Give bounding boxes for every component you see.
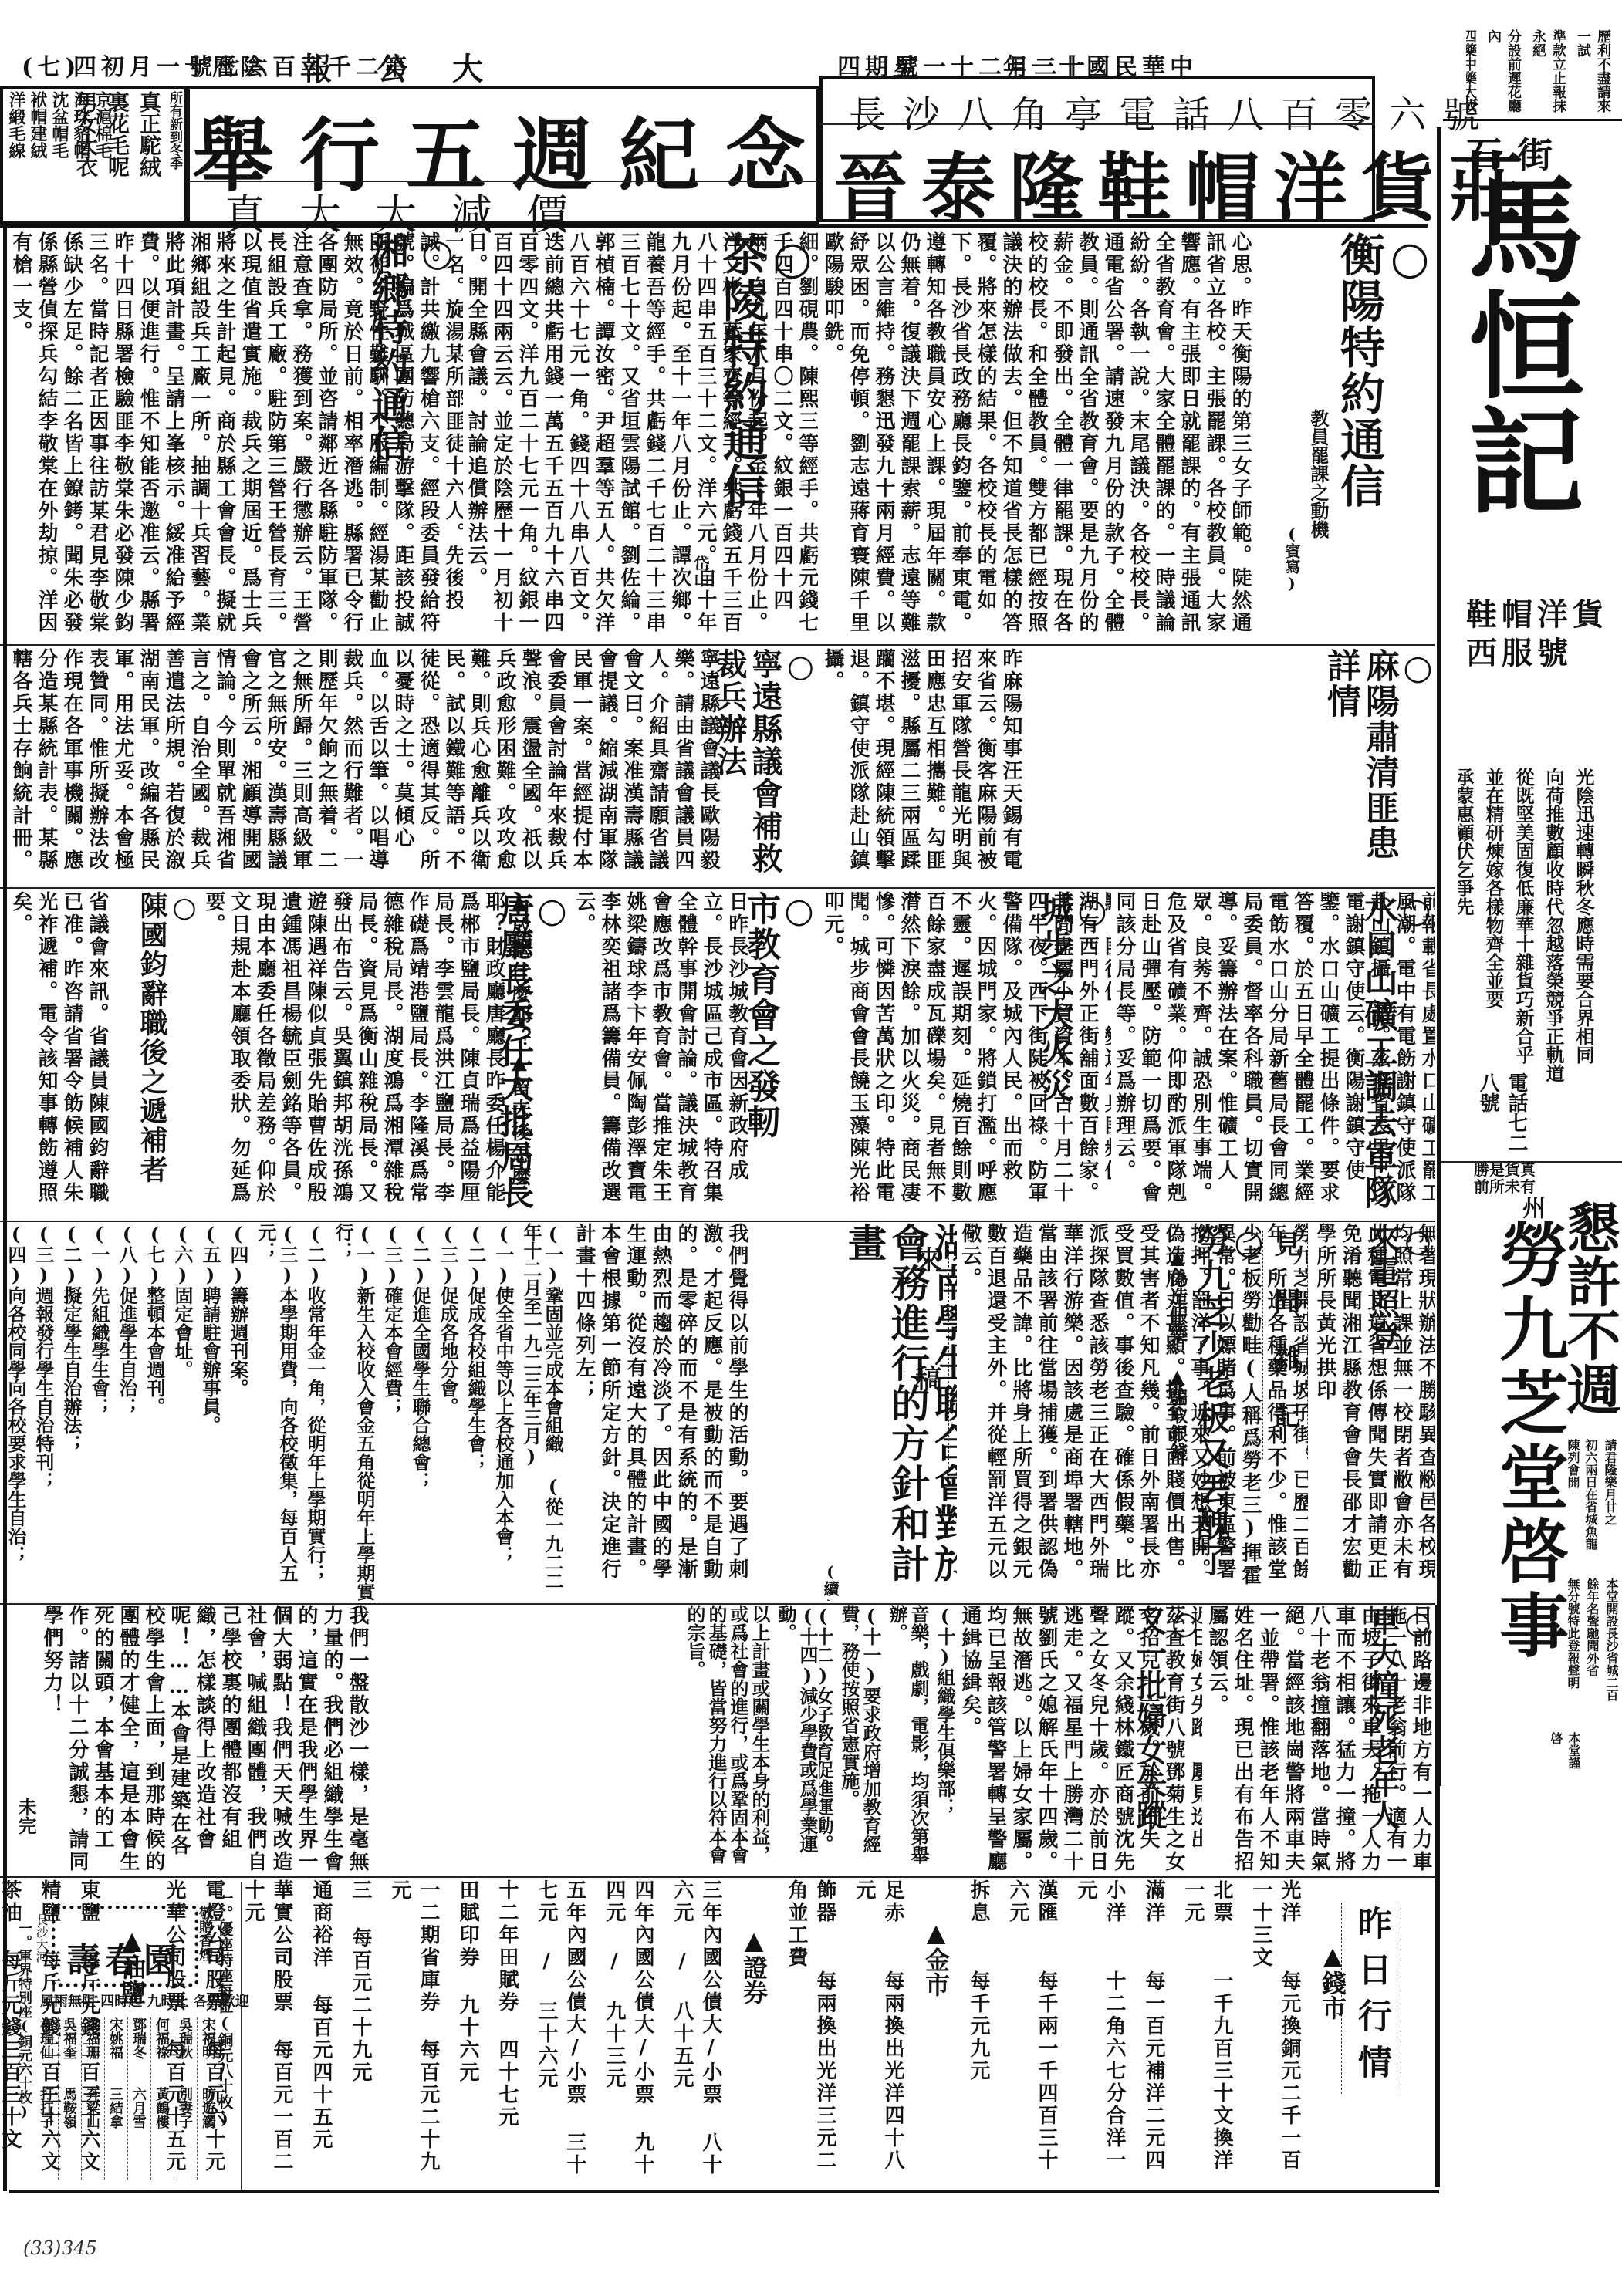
programme-item: 福瑞仙打扛子 xyxy=(35,2017,56,2180)
market-item: 田賦印券 九十六元 xyxy=(454,1879,482,2180)
plan-item: (六)固定會址。 xyxy=(171,1223,193,1601)
plan-item: (二)擬定學生自治辦法； xyxy=(60,1223,82,1601)
article-headline: 湘鄉特約通信 xyxy=(361,231,463,640)
plan-item: (二)促成各校組織學生會； xyxy=(465,1223,486,1601)
market-item: 北票一千九百三十文換洋一元 xyxy=(1179,1879,1236,2180)
divider xyxy=(0,644,1435,646)
footer-page-ref: 345 xyxy=(62,2237,97,2259)
market-item: 通商裕洋 每百元四十五元 xyxy=(307,1879,336,2180)
market-item: 足赤每兩換出光洋四十八元 xyxy=(850,1879,907,2180)
masthead-page-number: (七) xyxy=(22,48,80,82)
market-item: 華實公司股票 每百元一百二十元 xyxy=(239,1879,296,2180)
lao-jiu-zhi-name: 勞九芝堂啓事 xyxy=(1489,1219,1566,1663)
programme-item: 宋福明昉遊觸 xyxy=(197,2017,218,2180)
plan-item: 音樂，戲劇，電影，均須次第舉辦。 xyxy=(886,1605,929,1875)
programme-item: 鄧瑞冬六月雪 xyxy=(127,2017,148,2180)
article-tang-appointment: 唐廳長委任大批局長 ▲放起什麼耶？▲留去後怎麼耶？財政廳唐廳長昨委任楊介能爲郴市… xyxy=(201,891,571,1219)
lao-jiu-zhi-ad: 勝是貨真 前所未有 懇許不週 州 勞九芝堂啓事 請君隆樂月廿之 初六兩日在省城魚… xyxy=(1443,1161,1622,1778)
market-item: 三 每百元二十九元 xyxy=(346,1879,375,2180)
plan-item: (三)確定本會經費； xyxy=(381,1223,403,1601)
theater-schedule: 風雨無阻 四時起 九時止 各界歡迎 xyxy=(40,1990,249,2011)
divider xyxy=(1443,119,1622,121)
article-headline: 湖南學生聯合會對於會務進行的方針和計畫 xyxy=(843,1223,957,1601)
article-student-union-header: 來稿 湖南學生聯合會對於會務進行的方針和計畫 (續) xyxy=(819,1223,957,1601)
market-item: 十二年田賦券 四十七元 xyxy=(493,1879,522,2180)
shop-ad-name: 晉泰隆鞋帽洋貨莊 xyxy=(833,130,1537,235)
plan-item: (三)促成各地分會。 xyxy=(437,1223,458,1601)
theater-programme: 宋福明昉遊觸 吳瑞秋別妻子 何福祿黃鶴樓 鄧瑞冬六月雪 宋姚福三結拿 梁福珊奔梁… xyxy=(40,2017,218,2180)
lao-jiu-zhi-notice: 請君隆樂月廿之 初六兩日在省城魚龍陳列會開 貴處恐未周知特此布告 xyxy=(1565,1439,1619,1555)
plan-item: (五)聘請駐會辦事員。 xyxy=(199,1223,221,1601)
article-byline: (續) xyxy=(819,1223,841,1601)
plan-item: (十四)減少學費或爲學業運動。 xyxy=(775,1605,818,1875)
market-item: 光洋每元換銅元二千一百一十三文 xyxy=(1247,1879,1304,2180)
article-shuikoushan: 水口山礦工調去軍隊 前報載省長處置水口山礦工罷工風潮。電中有電飭謝鎮守使派隊赴山… xyxy=(1111,891,1435,1219)
article-education-assoc: 市教育會之發軔 日昨長沙城教育會因新政府成立。長沙城區己成市區。特召集全體幹事開… xyxy=(571,891,818,1219)
plan-item: (一)新生入校收入會金五角從明年上學期實行； xyxy=(332,1223,375,1601)
article-chaling: 茶陵特約通信 岱山 公款清理處。清查地方財產保管處。歷年賬目。濫用公款。爲數甚鉅… xyxy=(463,231,818,640)
market-item: 五年內國公債大/小票 三十七元 / 三十六元 xyxy=(532,1879,590,2180)
plan-item: (三)本學期用費，向各校徵集，每百人五元； xyxy=(255,1223,298,1601)
article-chengbu: 城步之大火災 城步商會來電云。湖南籌賑會公鑒。城步商場蕭條困難。已達極點。匪徒仍… xyxy=(819,891,1111,1219)
article-student-union-items: (十)組織學生俱樂部； 音樂，戲劇，電影，均須次第舉辦。 (十一)要求政府增加教… xyxy=(819,1605,955,1875)
right-column-border xyxy=(1437,127,1441,1161)
ma-heng-ji-name: 馬恒記 xyxy=(1451,170,1582,517)
programme-item: 吳瑞秋別妻子 xyxy=(174,2017,194,2180)
lao-jiu-zhi-place: 州 xyxy=(1514,1196,1548,1219)
ma-heng-ji-ad: 石街 馬恒記 鞋帽洋貨 西服號 光陰迅速轉瞬秋冬應時需要合界相同 向荷推數顧收時… xyxy=(1443,127,1622,1161)
plan-item: (二)促進全國學生聯合總會； xyxy=(409,1223,431,1601)
top-rule xyxy=(0,224,1428,228)
masthead-paper-name: 報公大 xyxy=(301,45,483,89)
market-item: 四年內國公債大/小票 九十四元 / 九十三元 xyxy=(600,1879,657,2180)
theater-venue-frame: 壽春園 xyxy=(52,1906,198,1987)
ma-heng-ji-slogan: 光陰迅速轉瞬秋冬應時需要合界相同 向荷推數顧收時代忽越落榮競爭正軌道 從既堅美固… xyxy=(1458,768,1597,1092)
article-xiangxiang: 招撫溆水土匪情形。前縣署委任招撫委員段文。前赴溆水招撫容匪。己誌前報。段委員奉委… xyxy=(8,231,463,640)
theater-ad-left-note: 一。軍界特別座(銅元六十枚) xyxy=(14,1921,34,2120)
plan-item: (八)促進學生自治； xyxy=(116,1223,137,1601)
market-item: 一二期省庫券 每百元二十九元 xyxy=(386,1879,443,2180)
article-laojiuzhi-fraud: 見聞雜記 勞九芝少老板又丟醜了 ▲偽造假藥 ▲騙取銀錢 勞九芝開設省城坡子街。已… xyxy=(957,1223,1308,1601)
plan-item: (十二)女子教育促進運動。 xyxy=(819,1605,833,1875)
article-missing-women: 又一批婦女失蹤 近日婦女失蹤。屢見迭出。茲查教育街八號鄧菊生之女名招兒十六歲。於… xyxy=(957,1605,1202,1875)
article-chen-guojun: 陳國鈞辭職後之遞補者 省議會來訊。省議員陳國鈞辭職已准。昨咨請省署令飭候補人朱光… xyxy=(8,891,201,1219)
article-byline: (賓寫) xyxy=(1281,231,1303,640)
plan-item: (四)向各校同學向各校要求學生自治； xyxy=(8,1223,26,1601)
remedy-notice: 歷利不盡請來一試 準款立止報抹永絕 分設前遲花廳內 四藥中藥大成行 本社大洋壹角 xyxy=(1466,29,1613,118)
market-item: 小洋十二角六七分合洋一元 xyxy=(1072,1879,1129,2180)
market-prices: 昨日行情 ▲錢市 光洋每元換銅元二千一百一十三文 北票一千九百三十文換洋一元 滿… xyxy=(278,1879,1435,2188)
programme-item: 宋姚福三結拿 xyxy=(104,2017,125,2180)
to-be-continued: 未完 xyxy=(12,1798,39,1835)
article-rickshaw: 車夫撞死老年人 日前路邊非地方有一人力車拖一八十老翁前行。適有一由坡子街來車夫。… xyxy=(1204,1605,1435,1875)
theater-ad-side-note: 長沙大河 xyxy=(32,1913,50,1963)
bottom-rule xyxy=(9,2190,1439,2193)
plan-item: (七)整頓本會週刊。 xyxy=(144,1223,165,1601)
article-ningyuan: 寧遠縣議會補救裁兵辦法 寧遠縣議會議長歐陽毅樂。請由省議會議員四人。介紹具齋請願… xyxy=(8,648,818,887)
divider xyxy=(1435,1605,1440,2187)
market-item: 滿洋每一百元補洋二元四 xyxy=(1140,1879,1168,2180)
plan-item: (一)先組織學生會； xyxy=(88,1223,110,1601)
programme-item: 何福祿黃鶴樓 xyxy=(150,2017,171,2180)
ma-heng-ji-goods: 鞋帽洋貨 xyxy=(1466,590,1608,634)
article-telegram: 來電照登 長沙大公報主筆先生鑒本月十三日貴報載湘江縣教育會通稱各學校因經費無著現… xyxy=(1312,1223,1435,1601)
divider xyxy=(0,887,1435,889)
plan-item: (一)使全省中等以上各校通加入本會； xyxy=(492,1223,514,1601)
left-border xyxy=(3,228,7,2191)
article-student-union-closing: (十四)減少學費或爲學業運動。 以上計畫或關學生本身的利益，或爲社會的進行，或爲… xyxy=(8,1605,818,1875)
plan-item: (十一)要求政府增加教育經費，務使按照省憲實施。 xyxy=(838,1605,881,1875)
article-mayang: 麻陽肅清匪患詳情 昨麻陽知事汪天錫有電來省云。衡客麻陽前被招安軍隊營長龍光明與田… xyxy=(819,648,1437,887)
lao-jiu-zhi-signoff: 本堂謹啓 xyxy=(1547,1732,1583,1778)
market-section-label: ▲金市 xyxy=(918,1879,954,2180)
plan-item: (三)週報發行學生自治特刊； xyxy=(32,1223,54,1601)
article-student-union-plan: 我們覺得以前學生的活動。要遇了刺激。才起反應。是被動的而不是自動的。是零碎的而不… xyxy=(8,1223,818,1601)
plan-item: (二)收常年金一角，從明年上學期實行； xyxy=(304,1223,326,1601)
plan-item: (四)籌辦週刊案。 xyxy=(227,1223,248,1601)
divider xyxy=(0,1221,1435,1222)
market-section-label: ▲錢市 xyxy=(1315,1879,1350,2180)
footer-left-mark: (33) xyxy=(23,2237,61,2259)
plan-item: (十)組織學生俱樂部； xyxy=(934,1605,955,1875)
article-hengyang-body: 湖南經濟的困難。實在達到極點。現在不是十一年十二月十幾號了嗎。教育經費。只發得八… xyxy=(819,231,1252,640)
market-item: 漢匯每千兩一千四百三十六元 xyxy=(1004,1879,1061,2180)
plan-item: (一)鞏固並完成本會組織 (從一九二二年十二月至一九二三年三月) xyxy=(520,1223,563,1601)
market-item: 拆息每千元九元 xyxy=(965,1879,993,2180)
lao-jiu-zhi-notice-2: 本堂開設長沙省城二百 餘年名聲馳聞外省 無分號特此登報聲明 xyxy=(1559,1578,1620,1732)
theater-ad: 一。優座特座每位(銅元八十枚) 敬贈香煙 壽春園 一。軍界特別座(銅元六十枚) … xyxy=(9,1882,242,2191)
programme-item: 吳福奎馬鞍嶺 xyxy=(58,2017,79,2180)
market-item: 飾器每兩換出光洋三元二角並工費 xyxy=(782,1879,840,2180)
divider xyxy=(0,1876,1435,1878)
article-subhead: 教員罷課之動機 xyxy=(1307,231,1329,640)
theater-venue-name: 壽春園 xyxy=(66,1933,182,1982)
market-section-label: ▲證券 xyxy=(736,1879,772,2180)
clothing-ad-big-lines: 所有新到冬季 真正駝絨 裏花毛呢 男女大衣 xyxy=(112,91,184,218)
lao-jiu-zhi-header: 勝是貨真 前所未有 xyxy=(1474,1161,1536,1195)
ma-heng-ji-service: 西服號 xyxy=(1466,629,1573,673)
divider xyxy=(819,123,1375,125)
market-item: 三年內國公債大/小票 八十六元 / 八十五元 xyxy=(668,1879,725,2180)
ma-heng-ji-phone: 電話七二八號 xyxy=(1474,1072,1531,1161)
article-headline: 衡陽特約通信 xyxy=(1333,231,1435,640)
programme-item: 梁福珊奔梁山 xyxy=(81,2017,102,2180)
